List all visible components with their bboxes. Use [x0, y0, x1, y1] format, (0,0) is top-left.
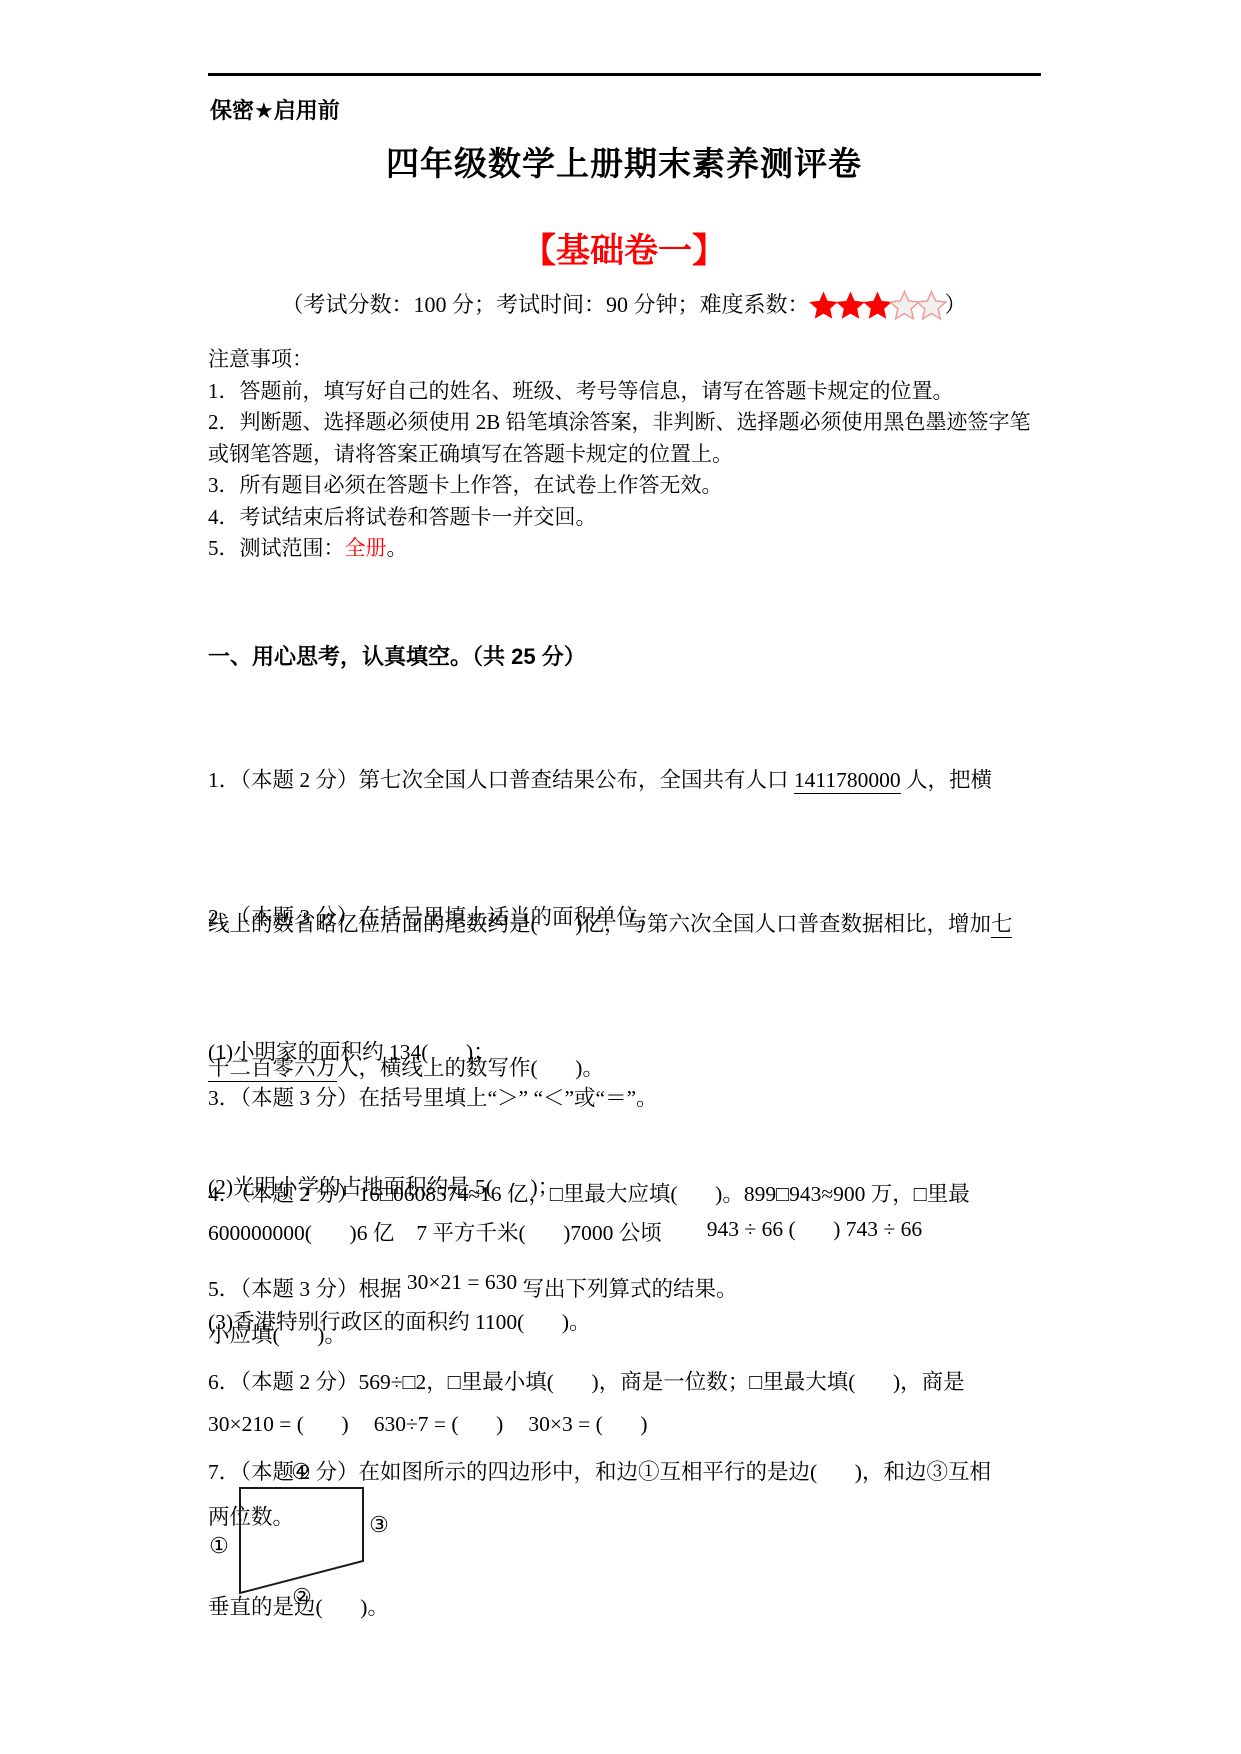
exam-paper-page: 保密★启用前 四年级数学上册期末素养测评卷 【基础卷一】 （考试分数：100 分… — [0, 0, 1241, 1754]
notice-item5-suffix: 。 — [387, 536, 408, 560]
star-empty-icon — [916, 290, 947, 321]
exam-info-suffix: ） — [945, 292, 967, 317]
question-1-line1: 1．（本题 2 分）第七次全国人口普查结果公布，全国共有人口 141178000… — [208, 756, 1012, 804]
notice-item5-prefix: 5．测试范围： — [208, 536, 345, 560]
notice-item: 4．考试结束后将试卷和答题卡一并交回。 — [208, 502, 1050, 534]
classification-label: 保密★启用前 — [210, 94, 340, 125]
figure-side-label-3: ③ — [369, 1514, 389, 1536]
figure-side-label-2: ② — [292, 1586, 312, 1608]
difficulty-stars — [810, 292, 945, 317]
notice-item: 2．判断题、选择题必须使用 2B 铅笔填涂答案，非判断、选择题必须使用黑色墨迹签… — [208, 407, 1050, 470]
notice-item: 5．测试范围：全册。 — [208, 533, 1050, 565]
question-2-head: 2．（本题 3 分）在括号里填上适当的面积单位。 — [208, 895, 660, 940]
notices-heading: 注意事项： — [208, 344, 1050, 376]
paper-subtitle: 【基础卷一】 — [154, 223, 1094, 272]
paper-title: 四年级数学上册期末素养测评卷 — [154, 138, 1094, 185]
exam-info-prefix: （考试分数：100 分；考试时间：90 分钟；难度系数： — [281, 292, 809, 317]
notices-block: 注意事项： 1．答题前，填写好自己的姓名、班级、考号等信息，请写在答题卡规定的位… — [208, 344, 1050, 565]
notice-item: 3．所有题目必须在答题卡上作答，在试卷上作答无效。 — [208, 470, 1050, 502]
notice-item: 1．答题前，填写好自己的姓名、班级、考号等信息，请写在答题卡规定的位置。 — [208, 376, 1050, 408]
figure-side-label-4: ④ — [291, 1461, 311, 1483]
figure-side-label-1: ① — [209, 1535, 229, 1557]
q1-underlined-text: 七 — [991, 912, 1013, 938]
header-rule — [208, 73, 1041, 76]
q1-text: 人，把横 — [901, 768, 992, 792]
q1-text: 1．（本题 2 分）第七次全国人口普查结果公布，全国共有人口 — [208, 768, 794, 792]
test-scope-highlight: 全册 — [345, 536, 387, 560]
exam-info-line: （考试分数：100 分；考试时间：90 分钟；难度系数：） — [154, 287, 1094, 323]
q1-underlined-number: 1411780000 — [794, 768, 901, 794]
